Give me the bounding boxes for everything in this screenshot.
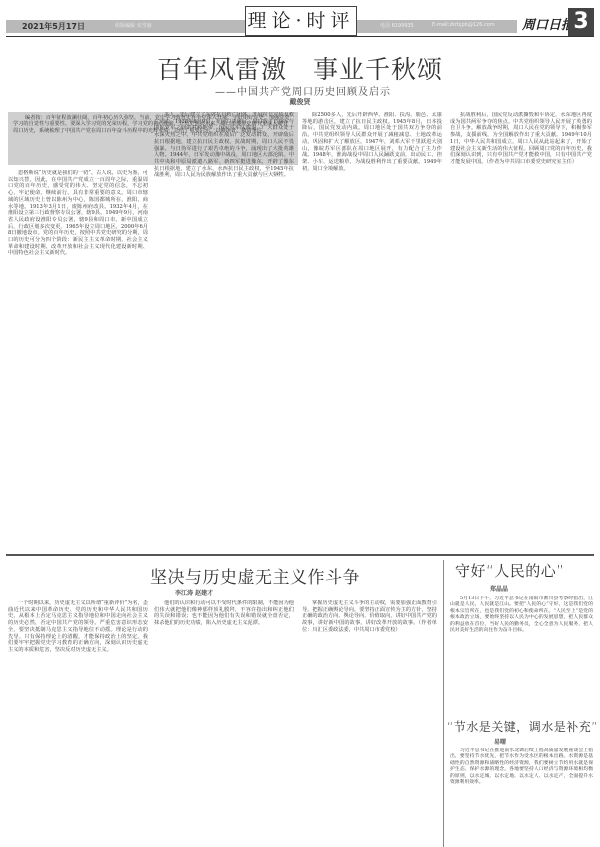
article-author-water-saving: 易曙 <box>494 737 506 746</box>
article-body-water-saving: 习近平总书记在推进南水北调后续工程高质量发展座谈会上指出，要坚持节水优先，把节水… <box>450 748 593 844</box>
email-info: E-mail:zkrbjpb@126.com <box>432 22 495 28</box>
masthead: 2021年5月17日 组版编辑 宋雪丽 理论·时评 电话 6199935 E-m… <box>0 0 600 40</box>
editor-info: 组版编辑 宋雪丽 <box>115 22 152 29</box>
newspaper-logo: 周口日报 <box>522 14 574 33</box>
lower-article-column-2: 他们的认识和行动可以不受时代条件的限制，不能因为他们伟大就把他们像神那样顶礼膜拜… <box>154 600 294 845</box>
main-article-column-3: 除2500多人，先后开辟西华、淮阳、扶沟、鹿邑、太康等地的游击区，建立了抗日民主… <box>302 112 442 550</box>
article-title-history-nihilism: 坚决与历史虚无主义作斗争 <box>150 563 360 588</box>
main-article-column-4: 抗战胜利后，国民党反动派撕毁和平协定，水东地区再度成为国共两军争夺的焦点。中共党… <box>450 112 592 550</box>
column-text: 除2500多人，先后开辟西华、淮阳、扶沟、鹿邑、太康等地的游击区，建立了抗日民主… <box>302 112 442 172</box>
column-divider <box>443 560 444 847</box>
column-text: 5月13日下午，习近平总书记在南阳市淅川县考察时指出，江山就是人民，人民就是江山… <box>450 596 593 634</box>
column-text: 掌握历史虚无主义斗争的主动权，需要加强正面教育引导。把握正确舆论导向。要坚持正面… <box>302 600 437 634</box>
column-text: 抗战胜利后，国民党反动派撕毁和平协定，水东地区再度成为国共两军争夺的焦点。中共党… <box>450 112 592 166</box>
main-article-title: 百年风雷激 事业千秋颂 <box>0 50 600 86</box>
section-title: 理论·时评 <box>245 6 357 36</box>
lower-article-column-3: 掌握历史虚无主义斗争的主动权，需要加强正面教育引导。把握正确舆论导向。要坚持正面… <box>302 600 437 845</box>
column-text: 习近平总书记在推进南水北调后续工程高质量发展座谈会上指出，要坚持节水优先，把节水… <box>450 748 593 786</box>
column-text: 他们的认识和行动可以不受时代条件的限制，不能因为他们伟大就把他们像神那样顶礼膜拜… <box>154 600 294 627</box>
main-article-column-1: 恩格斯说“历史就是我们的一切”。古人说，以史为鉴，可以知兴替。因此，在中国共产党… <box>8 170 148 550</box>
article-title-water-saving: “节水是关键，调水是补充” <box>447 718 598 735</box>
column-text: 一个时期以来，历史虚无主义以所谓“重新评价”为名，歪曲近代以来中国革命历史、党的… <box>8 600 148 654</box>
column-text: 恩格斯说“历史就是我们的一切”。古人说，以史为鉴，可以知兴替。因此，在中国共产党… <box>8 170 148 257</box>
article-body-people-heart: 5月13日下午，习近平总书记在南阳市淅川县考察时指出，江山就是人民，人民就是江山… <box>450 596 593 708</box>
main-article-subtitle: ——中国共产党周口历史回顾及启示 <box>215 83 391 98</box>
article-author-people-heart: 郑晶晶 <box>490 584 508 593</box>
column-text: 多人，先后建立了东郊抗日救亡团体，开展抗日宣传及救亡活动。1938年6月9日，花… <box>154 112 294 179</box>
phone-info: 电话 6199935 <box>380 22 414 29</box>
lower-article-column-1: 一个时期以来，历史虚无主义以所谓“重新评价”为名，歪曲近代以来中国革命历史、党的… <box>8 600 148 845</box>
article-title-people-heart: 守好“人民的心” <box>455 560 565 581</box>
masthead-rule <box>6 36 594 37</box>
main-article-author: 戴俊贤 <box>0 97 600 107</box>
article-author-history-nihilism: 李江涛 赵建才 <box>175 588 213 597</box>
page-number: 3 <box>568 8 594 36</box>
main-article-column-2: 多人，先后建立了东郊抗日救亡团体，开展抗日宣传及救亡活动。1938年6月9日，花… <box>154 112 294 550</box>
issue-date: 2021年5月17日 <box>22 21 85 32</box>
section-divider <box>6 554 594 556</box>
